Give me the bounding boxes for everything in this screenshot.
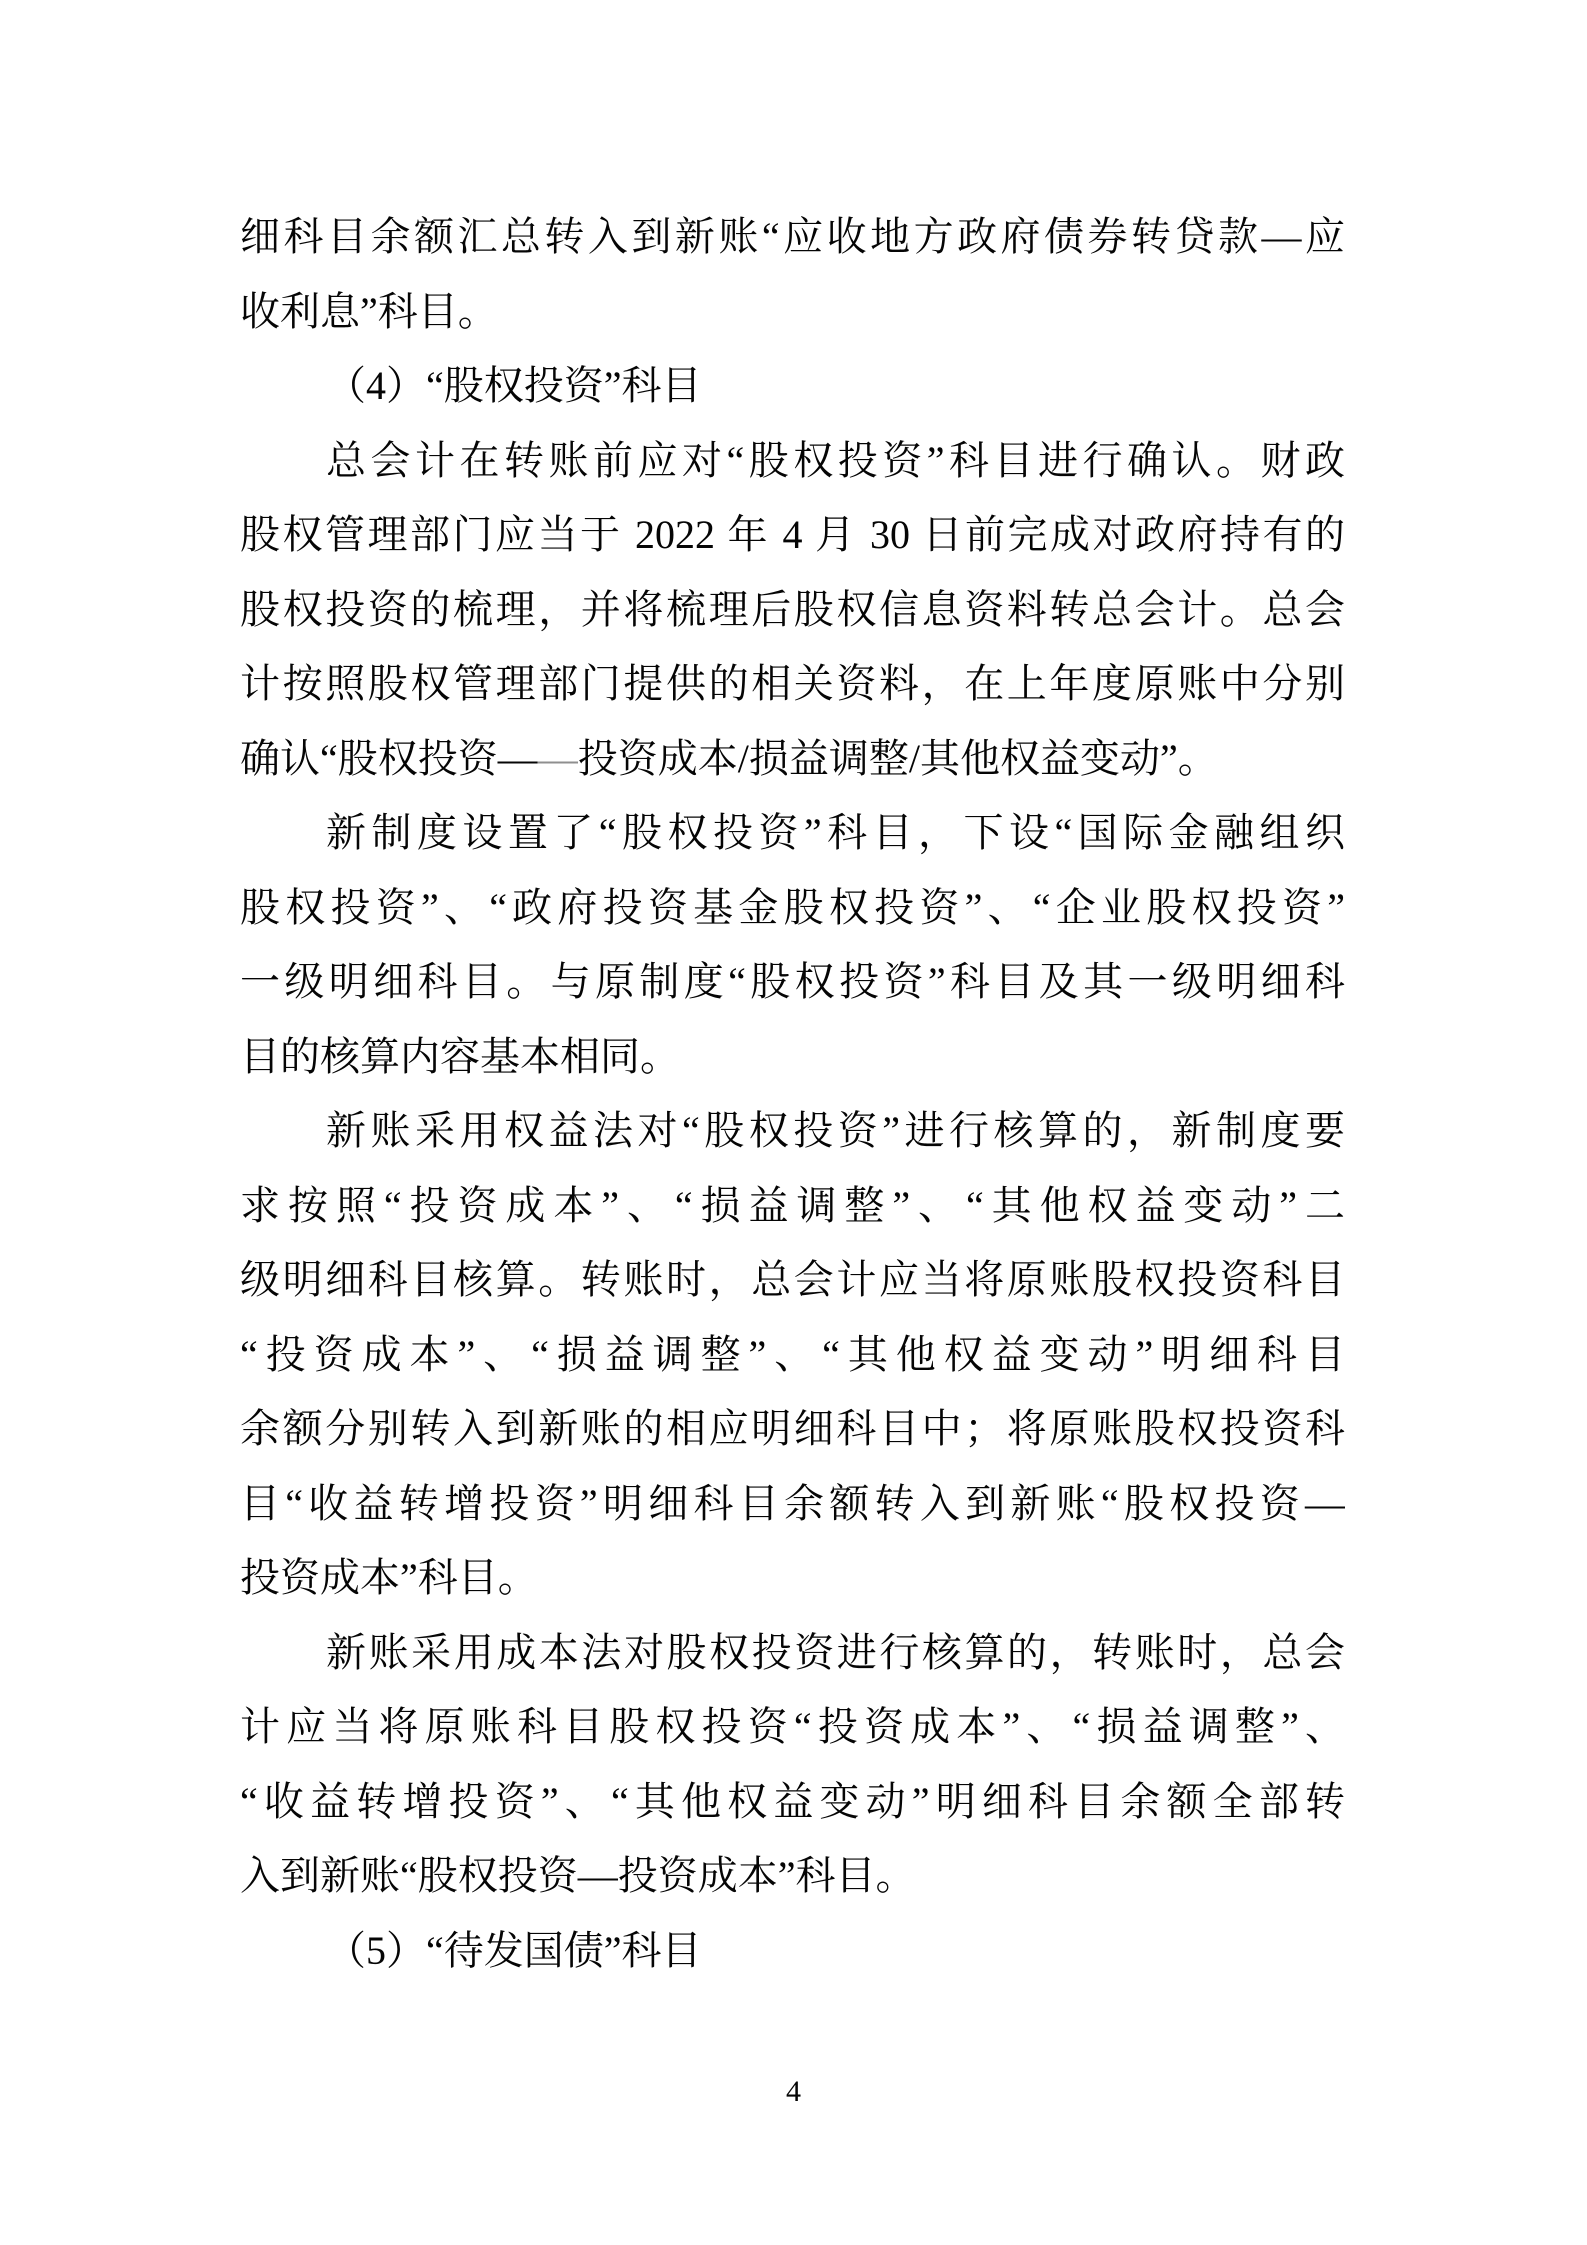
text-run: “收益转增投资”、“其他权益变动”明细科目余额全部转 — [240, 1779, 1345, 1824]
text-run: 目“收益转增投资”明细科目余额转入到新账“股权投资— — [240, 1481, 1345, 1526]
text-run: （5）“待发国债”科目 — [326, 1928, 702, 1973]
text-line: 目“收益转增投资”明细科目余额转入到新账“股权投资— — [240, 1467, 1345, 1542]
text-line: 新账采用成本法对股权投资进行核算的，转账时，总会 — [240, 1616, 1345, 1691]
text-line: 余额分别转入到新账的相应明细科目中；将原账股权投资科 — [240, 1392, 1345, 1467]
text-line: 总会计在转账前应对“股权投资”科目进行确认。财政 — [240, 424, 1345, 499]
text-run: 新账采用成本法对股权投资进行核算的，转账时，总会 — [326, 1630, 1345, 1675]
text-run: 投资成本”科目。 — [240, 1555, 538, 1600]
text-run: （4）“股权投资”科目 — [326, 363, 702, 408]
text-line: 计按照股权管理部门提供的相关资料，在上年度原账中分别 — [240, 647, 1345, 722]
text-line: 计应当将原账科目股权投资“投资成本”、“损益调整”、 — [240, 1690, 1345, 1765]
text-line: 目的核算内容基本相同。 — [240, 1020, 1345, 1095]
text-line: 股权管理部门应当于 2022 年 4 月 30 日前完成对政府持有的 — [240, 498, 1345, 573]
text-run: 新制度设置了“股权投资”科目，下设“国际金融组织 — [326, 810, 1345, 855]
text-run: 股权管理部门应当于 2022 年 4 月 30 日前完成对政府持有的 — [240, 512, 1345, 557]
text-run: 确认“股权投资— — [240, 736, 538, 781]
text-run: 一级明细科目。与原制度“股权投资”科目及其一级明细科 — [240, 959, 1345, 1004]
em-dash-muted: — — [538, 736, 578, 781]
text-line: （4）“股权投资”科目 — [240, 349, 1345, 424]
text-run: 股权投资的梳理，并将梳理后股权信息资料转总会计。总会 — [240, 587, 1345, 632]
page-number: 4 — [0, 2072, 1587, 2112]
text-run: 细科目余额汇总转入到新账“应收地方政府债券转贷款—应 — [240, 214, 1345, 259]
text-run: 收利息”科目。 — [240, 289, 498, 334]
text-line: 股权投资的梳理，并将梳理后股权信息资料转总会计。总会 — [240, 573, 1345, 648]
text-run: 股权投资”、“政府投资基金股权投资”、“企业股权投资” — [240, 885, 1345, 930]
text-run: 求按照“投资成本”、“损益调整”、“其他权益变动”二 — [240, 1183, 1345, 1228]
text-run: 新账采用权益法对“股权投资”进行核算的，新制度要 — [326, 1108, 1345, 1153]
document-body-text: 细科目余额汇总转入到新账“应收地方政府债券转贷款—应收利息”科目。（4）“股权投… — [240, 200, 1345, 1988]
text-run: 级明细科目核算。转账时，总会计应当将原账股权投资科目 — [240, 1257, 1345, 1302]
text-line: 投资成本”科目。 — [240, 1541, 1345, 1616]
text-line: 新制度设置了“股权投资”科目，下设“国际金融组织 — [240, 796, 1345, 871]
text-line: 股权投资”、“政府投资基金股权投资”、“企业股权投资” — [240, 871, 1345, 946]
text-run: 总会计在转账前应对“股权投资”科目进行确认。财政 — [326, 438, 1345, 483]
text-line: 细科目余额汇总转入到新账“应收地方政府债券转贷款—应 — [240, 200, 1345, 275]
text-line: 级明细科目核算。转账时，总会计应当将原账股权投资科目 — [240, 1243, 1345, 1318]
text-line: （5）“待发国债”科目 — [240, 1914, 1345, 1989]
text-run: 计按照股权管理部门提供的相关资料，在上年度原账中分别 — [240, 661, 1345, 706]
text-line: 入到新账“股权投资—投资成本”科目。 — [240, 1839, 1345, 1914]
text-line: 收利息”科目。 — [240, 275, 1345, 350]
text-run: 计应当将原账科目股权投资“投资成本”、“损益调整”、 — [240, 1704, 1345, 1749]
text-line: “投资成本”、“损益调整”、“其他权益变动”明细科目 — [240, 1318, 1345, 1393]
text-line: 一级明细科目。与原制度“股权投资”科目及其一级明细科 — [240, 945, 1345, 1020]
text-run: 入到新账“股权投资—投资成本”科目。 — [240, 1853, 916, 1898]
text-run: 余额分别转入到新账的相应明细科目中；将原账股权投资科 — [240, 1406, 1345, 1451]
text-run: “投资成本”、“损益调整”、“其他权益变动”明细科目 — [240, 1332, 1345, 1377]
document-page: 细科目余额汇总转入到新账“应收地方政府债券转贷款—应收利息”科目。（4）“股权投… — [0, 0, 1587, 2245]
text-line: 确认“股权投资——投资成本/损益调整/其他权益变动”。 — [240, 722, 1345, 797]
text-run: 目的核算内容基本相同。 — [240, 1034, 680, 1079]
text-line: “收益转增投资”、“其他权益变动”明细科目余额全部转 — [240, 1765, 1345, 1840]
text-line: 求按照“投资成本”、“损益调整”、“其他权益变动”二 — [240, 1169, 1345, 1244]
text-line: 新账采用权益法对“股权投资”进行核算的，新制度要 — [240, 1094, 1345, 1169]
text-run: 投资成本/损益调整/其他权益变动”。 — [578, 736, 1218, 781]
